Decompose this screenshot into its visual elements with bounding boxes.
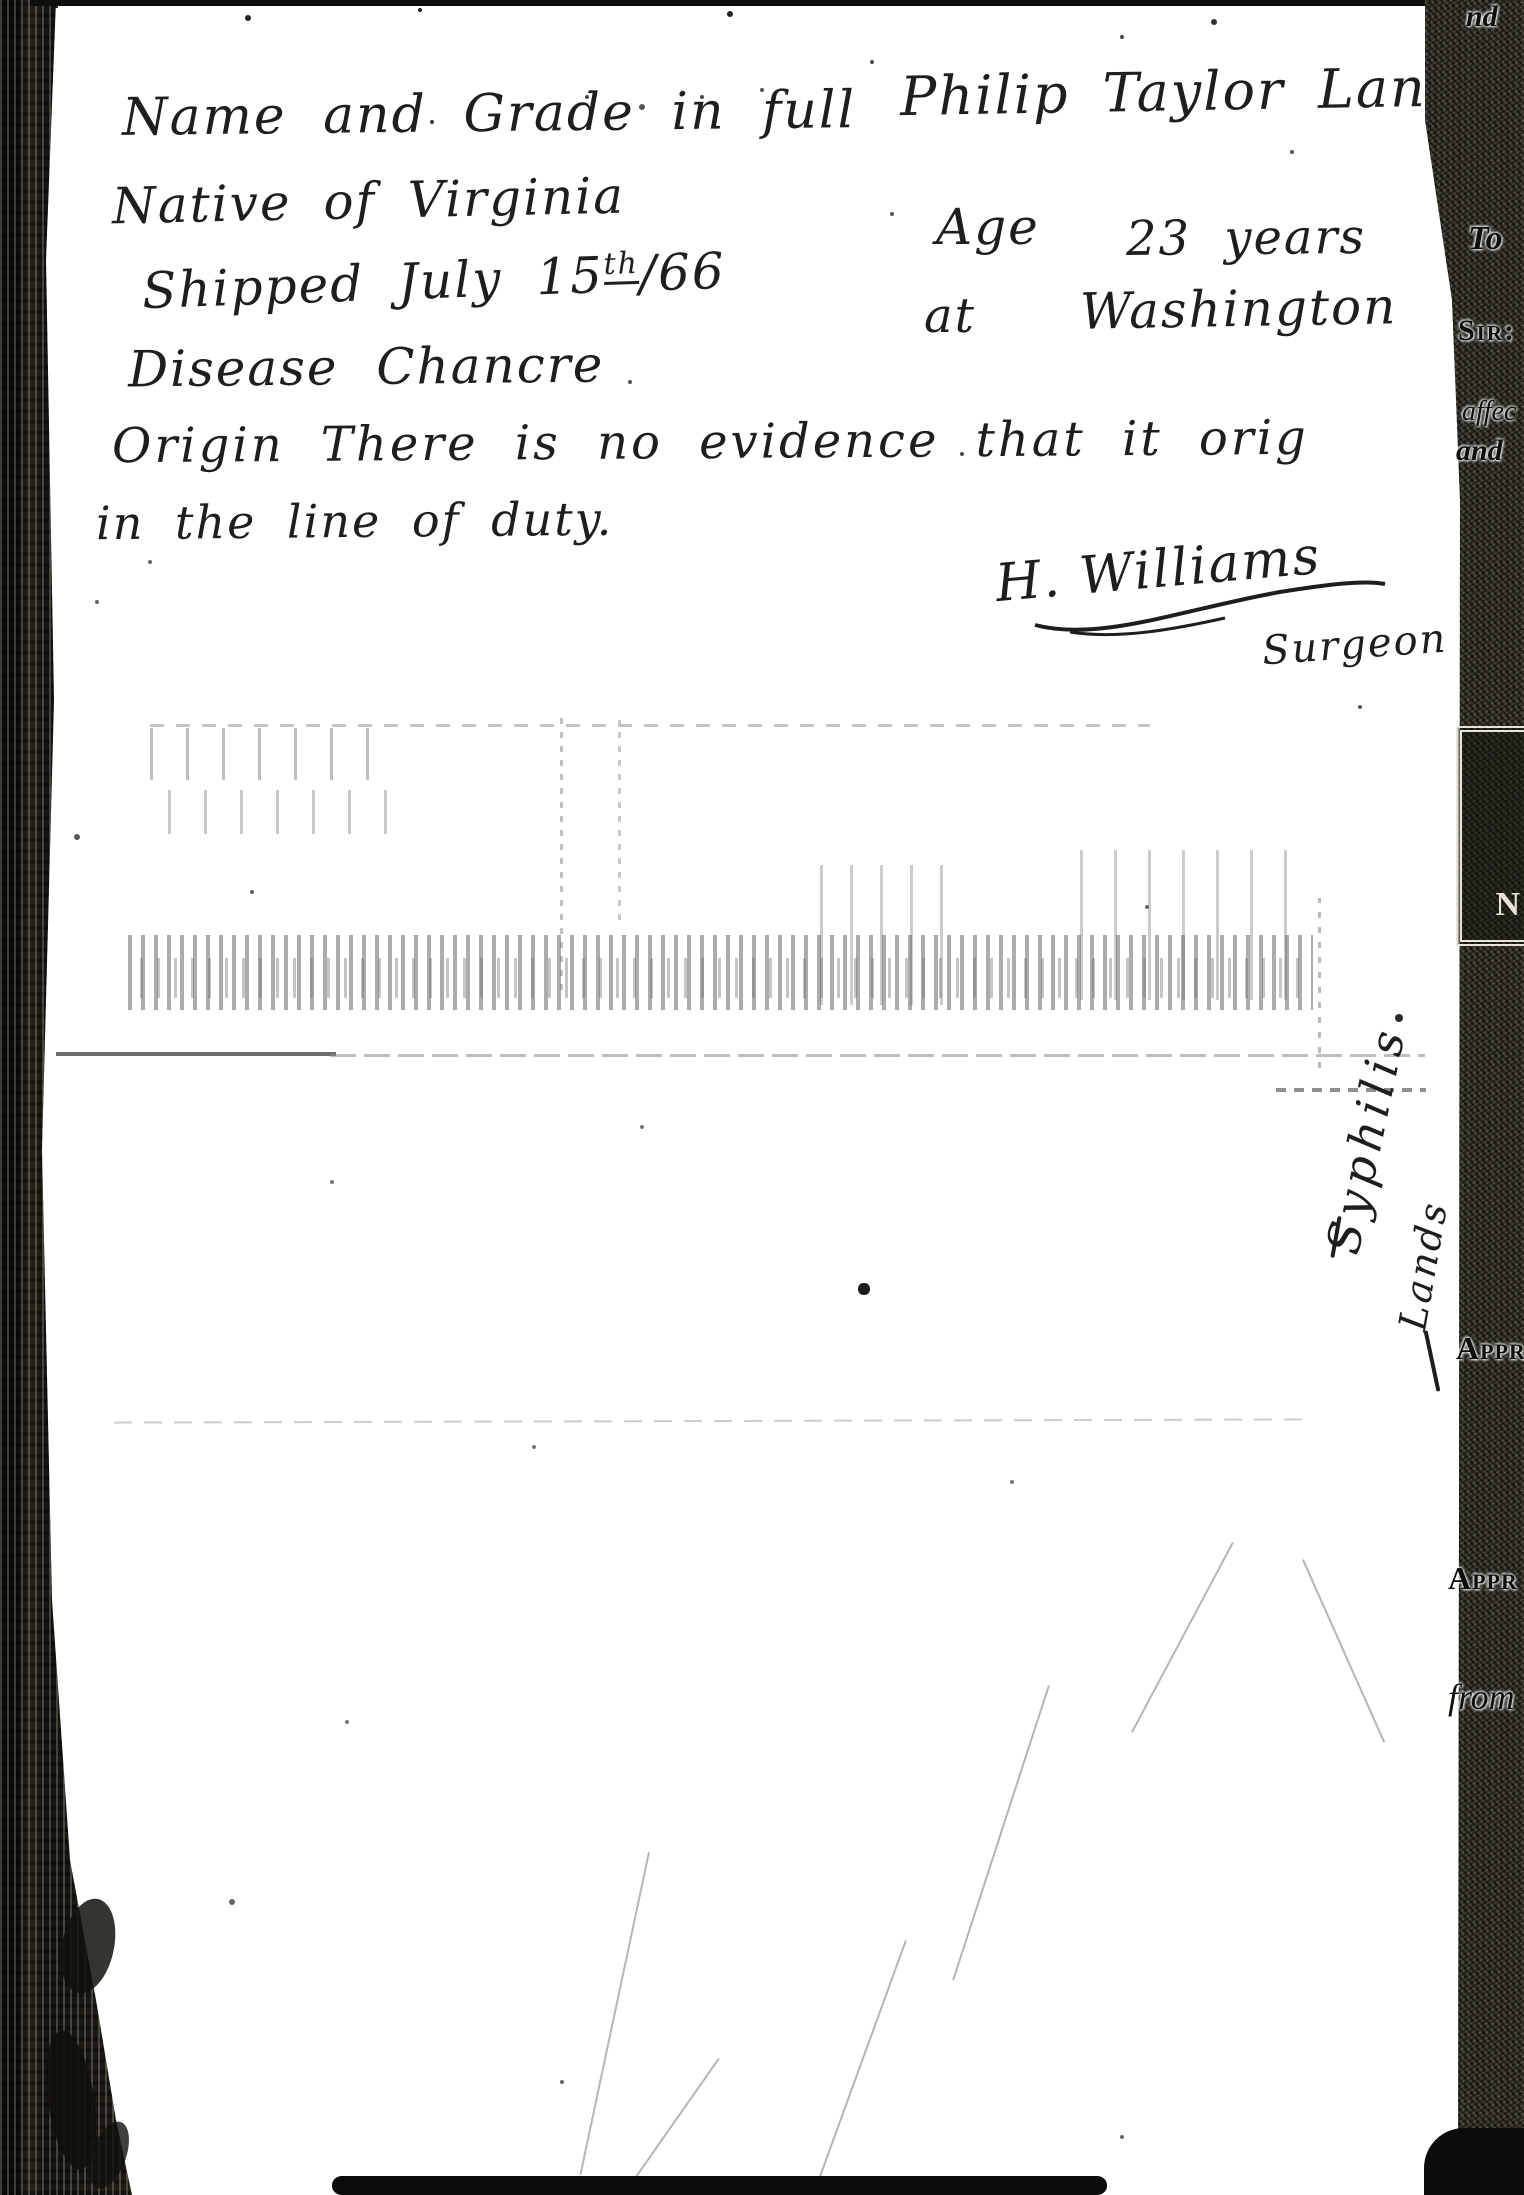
printed-fragment-appr-2: Appr	[1448, 1560, 1518, 1597]
ghost-table-top-rule	[150, 724, 1150, 727]
printed-fragment-sir: Sir:	[1458, 314, 1516, 348]
ghost-table-row	[140, 958, 1305, 998]
scratch-mark	[816, 1940, 907, 2185]
printed-fragment-from: from	[1448, 1676, 1515, 1718]
adjacent-page-band-bottom	[1424, 2128, 1524, 2195]
printed-fragment-affec: affec	[1462, 396, 1516, 428]
shipped-date-post: /66	[638, 242, 726, 303]
at-label: at	[924, 288, 976, 344]
origin-line-continued: in the line of duty.	[96, 492, 614, 551]
ghost-table-marks	[150, 728, 400, 780]
faint-horizontal-rule	[114, 1418, 1314, 1423]
age-value: 23 years	[1126, 209, 1367, 267]
scratch-mark	[952, 1685, 1050, 1980]
native-of-line: Native of Virginia	[111, 167, 625, 236]
origin-line: Origin There is no evidence that it orig	[112, 410, 1309, 474]
place-value: Washington	[1080, 277, 1398, 341]
scratch-mark	[632, 2058, 720, 2182]
faint-horizontal-rule	[330, 1054, 1425, 1057]
printed-fragment-and: and	[1456, 434, 1503, 468]
printed-stamp-box: N	[1456, 726, 1524, 946]
ghost-column-line	[1318, 898, 1321, 1068]
disease-line: Disease Chancre	[128, 336, 605, 399]
scratch-mark	[579, 1852, 650, 2175]
binding-edge-band	[0, 0, 132, 2195]
name-grade-value: Philip Taylor Lands	[899, 55, 1493, 128]
shipped-date-line: Shipped July 15th/66	[141, 242, 726, 320]
scratch-mark	[1131, 1542, 1234, 1733]
margin-note-tail-stroke	[1424, 1330, 1441, 1391]
printed-fragment-appr-1: Appr	[1456, 1330, 1524, 1367]
scanned-document-page: Name and Grade in full Philip Taylor Lan…	[0, 0, 1524, 2195]
page-bottom-edge-bar	[332, 2176, 1107, 2195]
faint-horizontal-rule	[56, 1052, 336, 1056]
margin-note-lands: Lands	[1390, 1197, 1456, 1334]
page-top-edge	[30, 0, 1434, 6]
name-grade-label: Name and Grade in full	[122, 80, 857, 148]
printed-fragment-to: To	[1468, 220, 1503, 258]
ghost-column-line	[618, 720, 621, 920]
ghost-table-marks	[168, 790, 400, 834]
scratch-mark	[1302, 1559, 1385, 1743]
shipped-date-superscript: th	[603, 246, 640, 285]
age-label: Age	[936, 198, 1040, 256]
printed-box-letter: N	[1495, 886, 1520, 924]
shipped-date-pre: Shipped July 15	[141, 246, 605, 320]
printed-fragment-nd: nd	[1466, 0, 1498, 34]
